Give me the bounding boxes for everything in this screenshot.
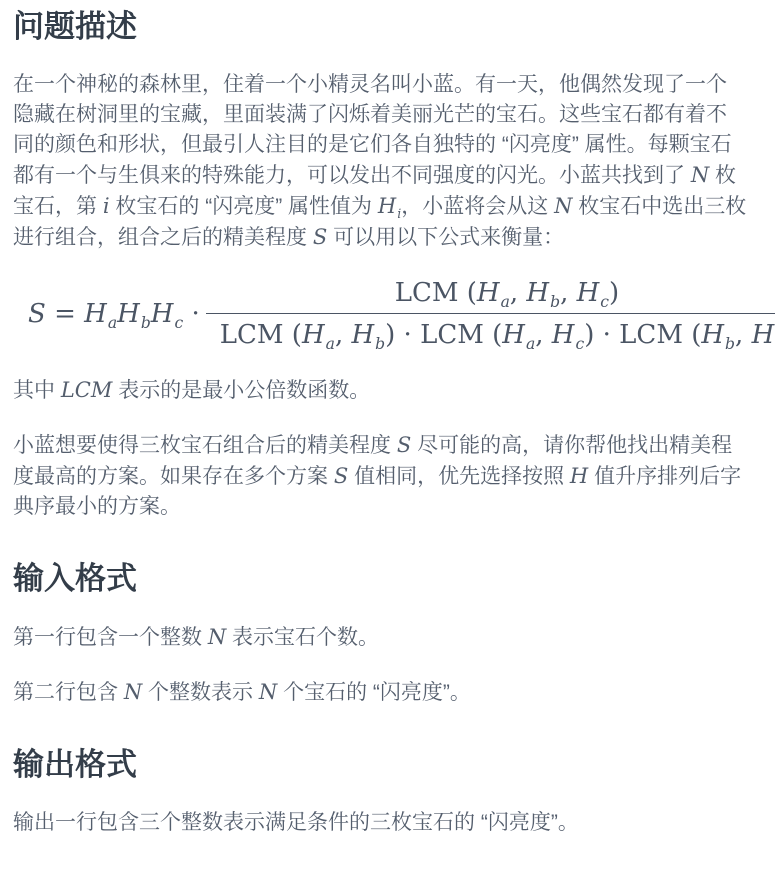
math-token: Hb [351, 320, 385, 350]
math-token: S [397, 433, 411, 457]
math-token: H [570, 464, 588, 488]
refinement-formula: S = HaHbHc · LCM (Ha, Hb, Hc) LCM (Ha, H… [13, 277, 747, 351]
math-token: Hc [552, 320, 584, 350]
math-token: Ha [302, 320, 335, 350]
math-token: i [103, 194, 110, 218]
math-token: Hb [701, 320, 735, 350]
math-token: N [124, 680, 142, 704]
math-token: S [313, 225, 327, 249]
math-token: S [334, 464, 348, 488]
math-token: , [560, 278, 577, 308]
math-token: N [208, 625, 226, 649]
math-token: , [335, 320, 352, 350]
math-token: ) · LCM ( [584, 320, 701, 350]
math-token: Ha [502, 320, 535, 350]
math-token: LCM ( [395, 278, 477, 308]
formula-left-hand-side: S = HaHbHc · [28, 298, 200, 330]
math-token: Hc [752, 320, 775, 350]
math-token: Ha [84, 299, 117, 329]
math-token: · [183, 299, 200, 329]
section-title-input-format: 输入格式 [13, 560, 747, 598]
math-token: , [510, 278, 527, 308]
math-token: Hc [577, 278, 609, 308]
math-token: S [28, 299, 46, 329]
math-token: N [554, 194, 572, 218]
formula-numerator: LCM (Ha, Hb, Hc) [381, 277, 634, 313]
math-token: Hi [378, 194, 401, 218]
math-token: ) · LCM ( [385, 320, 502, 350]
math-token: N [691, 163, 709, 187]
lcm-definition-note: 其中 LCM 表示的是最小公倍数函数。 [13, 375, 747, 406]
math-token: Ha [477, 278, 510, 308]
math-token: N [259, 680, 277, 704]
section-title-output-format: 输出格式 [13, 746, 747, 784]
math-token: Hb [117, 299, 151, 329]
problem-description-paragraph: 在一个神秘的森林里，住着一个小精灵名叫小蓝。有一天，他偶然发现了一个隐藏在树洞里… [13, 70, 747, 253]
formula-fraction: LCM (Ha, Hb, Hc) LCM (Ha, Hb) · LCM (Ha,… [206, 277, 775, 351]
formula-denominator: LCM (Ha, Hb) · LCM (Ha, Hc) · LCM (Hb, H… [206, 313, 775, 351]
input-format-line-2: 第二行包含 N 个整数表示 N 个宝石的 “闪亮度”。 [13, 677, 747, 708]
math-token: , [535, 320, 552, 350]
input-format-line-1: 第一行包含一个整数 N 表示宝石个数。 [13, 622, 747, 653]
math-token: , [735, 320, 752, 350]
math-token: ) [609, 278, 619, 308]
section-title-problem-description: 问题描述 [13, 8, 747, 46]
math-token: = [46, 299, 84, 329]
problem-goal-paragraph: 小蓝想要使得三枚宝石组合后的精美程度 S 尽可能的高，请你帮他找出精美程度最高的… [13, 430, 747, 522]
output-format-line-1: 输出一行包含三个整数表示满足条件的三枚宝石的 “闪亮度”。 [13, 808, 747, 838]
problem-statement-page: 问题描述 在一个神秘的森林里，住着一个小精灵名叫小蓝。有一天，他偶然发现了一个隐… [0, 0, 775, 882]
math-token: Hc [151, 299, 183, 329]
math-token: Hb [526, 278, 560, 308]
math-token: LCM [61, 378, 113, 402]
math-token: LCM ( [220, 320, 302, 350]
